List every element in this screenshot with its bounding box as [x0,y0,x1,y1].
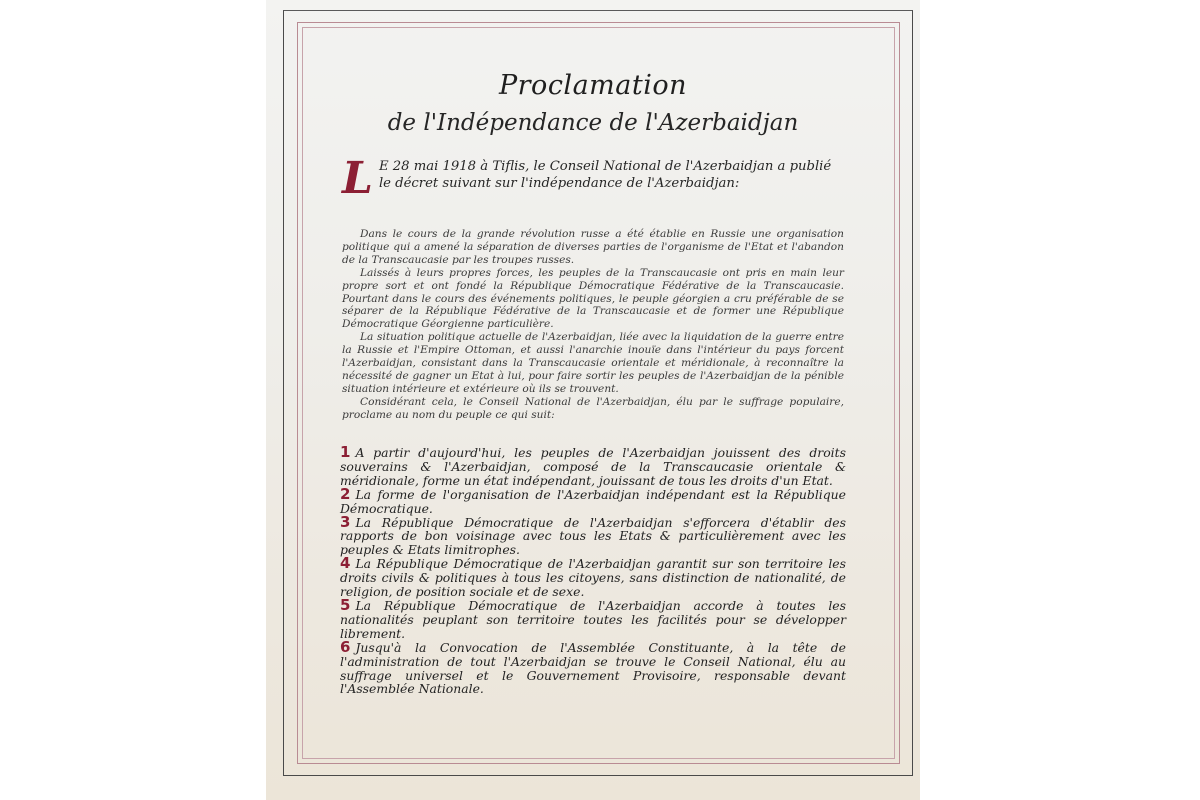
preamble: Dans le cours de la grande révolution ru… [342,228,844,422]
preamble-paragraph: La situation politique actuelle de l'Aze… [342,331,844,396]
document-title: Proclamation [266,70,920,101]
articles-list: 1A partir d'aujourd'hui, les peuples de … [340,446,846,696]
article-6: 6Jusqu'à la Convocation de l'Assemblée C… [340,641,846,697]
dropcap-letter: L [342,160,373,198]
article-1: 1A partir d'aujourd'hui, les peuples de … [340,446,846,488]
preamble-paragraph: Laissés à leurs propres forces, les peup… [342,267,844,332]
intro-text: E 28 mai 1918 à Tiflis, le Conseil Natio… [379,159,831,191]
article-text: La forme de l'organisation de l'Azerbaid… [340,487,846,516]
preamble-paragraph: Dans le cours de la grande révolution ru… [342,228,844,267]
article-text: La République Démocratique de l'Azerbaid… [340,556,846,599]
document-subtitle: de l'Indépendance de l'Azerbaidjan [266,110,920,136]
article-4: 4La République Démocratique de l'Azerbai… [340,557,846,599]
article-text: A partir d'aujourd'hui, les peuples de l… [340,445,846,488]
article-text: Jusqu'à la Convocation de l'Assemblée Co… [340,640,846,697]
article-text: La République Démocratique de l'Azerbaid… [340,598,846,641]
article-2: 2La forme de l'organisation de l'Azerbai… [340,488,846,516]
intro-paragraph: L E 28 mai 1918 à Tiflis, le Conseil Nat… [342,158,842,198]
article-3: 3La République Démocratique de l'Azerbai… [340,516,846,558]
article-text: La République Démocratique de l'Azerbaid… [340,515,846,558]
document-page: Proclamation de l'Indépendance de l'Azer… [266,0,920,800]
article-5: 5La République Démocratique de l'Azerbai… [340,599,846,641]
preamble-paragraph: Considérant cela, le Conseil National de… [342,396,844,422]
